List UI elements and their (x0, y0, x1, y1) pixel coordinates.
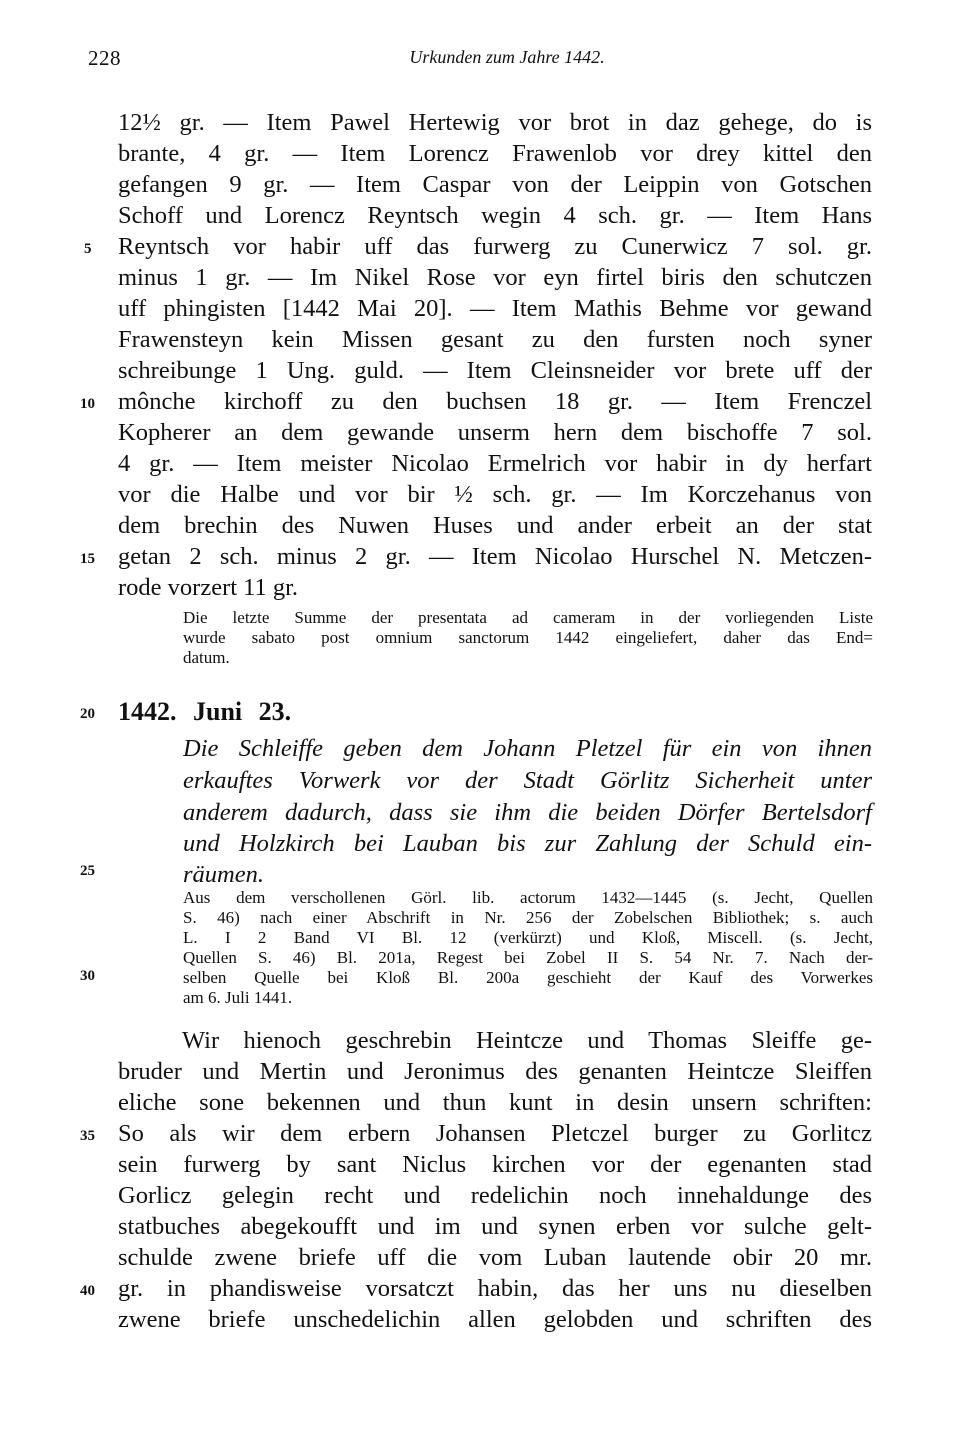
regest-line: anderem dadurch, dass sie ihm die beiden… (183, 797, 872, 829)
text-line: rode vorzert 11 gr. (118, 572, 872, 603)
line-number: 5 (84, 241, 92, 258)
text-line: 12½ gr. — Item Pawel Hertewig vor brot i… (118, 107, 872, 138)
text-line: Kopherer an dem gewande unserm hern dem … (118, 417, 872, 448)
text-line: statbuches abegekoufft und im und synen … (118, 1211, 872, 1242)
source-line: am 6. Juli 1441. (183, 988, 873, 1008)
source-line: selben Quelle bei Kloß Bl. 200a geschieh… (183, 968, 873, 988)
text-line: sein furwerg by sant Niclus kirchen vor … (118, 1149, 872, 1180)
source-line: Quellen S. 46) Bl. 201a, Regest bei Zobe… (183, 948, 873, 968)
text-line: Schoff und Lorencz Reyntsch wegin 4 sch.… (118, 200, 872, 231)
regest-line: räumen. (183, 859, 872, 891)
line-number: 20 (80, 706, 95, 723)
source-line: Aus dem verschollenen Görl. lib. actorum… (183, 888, 873, 908)
document-date-heading: 1442. Juni 23. (118, 697, 291, 727)
running-title: Urkunden zum Jahre 1442. (88, 47, 876, 68)
document-page: 228 Urkunden zum Jahre 1442. 12½ gr. — I… (0, 0, 960, 1431)
text-line: mônche kirchoff zu den buchsen 18 gr. — … (118, 386, 872, 417)
text-line: Frawensteyn kein Missen gesant zu den fu… (118, 324, 872, 355)
line-number: 10 (80, 396, 95, 413)
note-line: Die letzte Summe der presentata ad camer… (183, 608, 873, 628)
text-line: uff phingisten [1442 Mai 20]. — Item Mat… (118, 293, 872, 324)
regest-line: erkauftes Vorwerk vor der Stadt Görlitz … (183, 765, 872, 797)
line-number: 25 (80, 863, 95, 880)
running-header: 228 Urkunden zum Jahre 1442. (88, 46, 876, 76)
text-line: gefangen 9 gr. — Item Caspar von der Lei… (118, 169, 872, 200)
text-line: Gorlicz gelegin recht und redelichin noc… (118, 1180, 872, 1211)
note-line: datum. (183, 648, 873, 668)
note-line: wurde sabato post omnium sanctorum 1442 … (183, 628, 873, 648)
text-line: brante, 4 gr. — Item Lorencz Frawenlob v… (118, 138, 872, 169)
text-line: gr. in phandisweise vorsatczt habin, das… (118, 1273, 872, 1304)
text-line: Wir hienoch geschrebin Heintcze und Thom… (182, 1025, 872, 1056)
text-line: eliche sone bekennen und thun kunt in de… (118, 1087, 872, 1118)
line-number: 15 (80, 551, 95, 568)
text-line: schulde zwene briefe uff die vom Luban l… (118, 1242, 872, 1273)
source-line: L. I 2 Band VI Bl. 12 (verkürzt) und Klo… (183, 928, 873, 948)
line-number: 35 (80, 1128, 95, 1145)
text-line: bruder und Mertin und Jeronimus des gena… (118, 1056, 872, 1087)
text-line: dem brechin des Nuwen Huses und ander er… (118, 510, 872, 541)
text-line: zwene briefe unschedelichin allen gelobd… (118, 1304, 872, 1335)
text-line: So als wir dem erbern Johansen Pletczel … (118, 1118, 872, 1149)
source-line: S. 46) nach einer Abschrift in Nr. 256 d… (183, 908, 873, 928)
regest-line: und Holzkirch bei Lauban bis zur Zahlung… (183, 828, 872, 860)
text-line: Reyntsch vor habir uff das furwerg zu Cu… (118, 231, 872, 262)
regest-line: Die Schleiffe geben dem Johann Pletzel f… (183, 733, 872, 765)
text-line: 4 gr. — Item meister Nicolao Ermelrich v… (118, 448, 872, 479)
text-line: minus 1 gr. — Im Nikel Rose vor eyn firt… (118, 262, 872, 293)
line-number: 30 (80, 968, 95, 985)
text-line: schreibunge 1 Ung. guld. — Item Cleinsne… (118, 355, 872, 386)
text-line: vor die Halbe und vor bir ½ sch. gr. — I… (118, 479, 872, 510)
line-number: 40 (80, 1283, 95, 1300)
text-line: getan 2 sch. minus 2 gr. — Item Nicolao … (118, 541, 872, 572)
